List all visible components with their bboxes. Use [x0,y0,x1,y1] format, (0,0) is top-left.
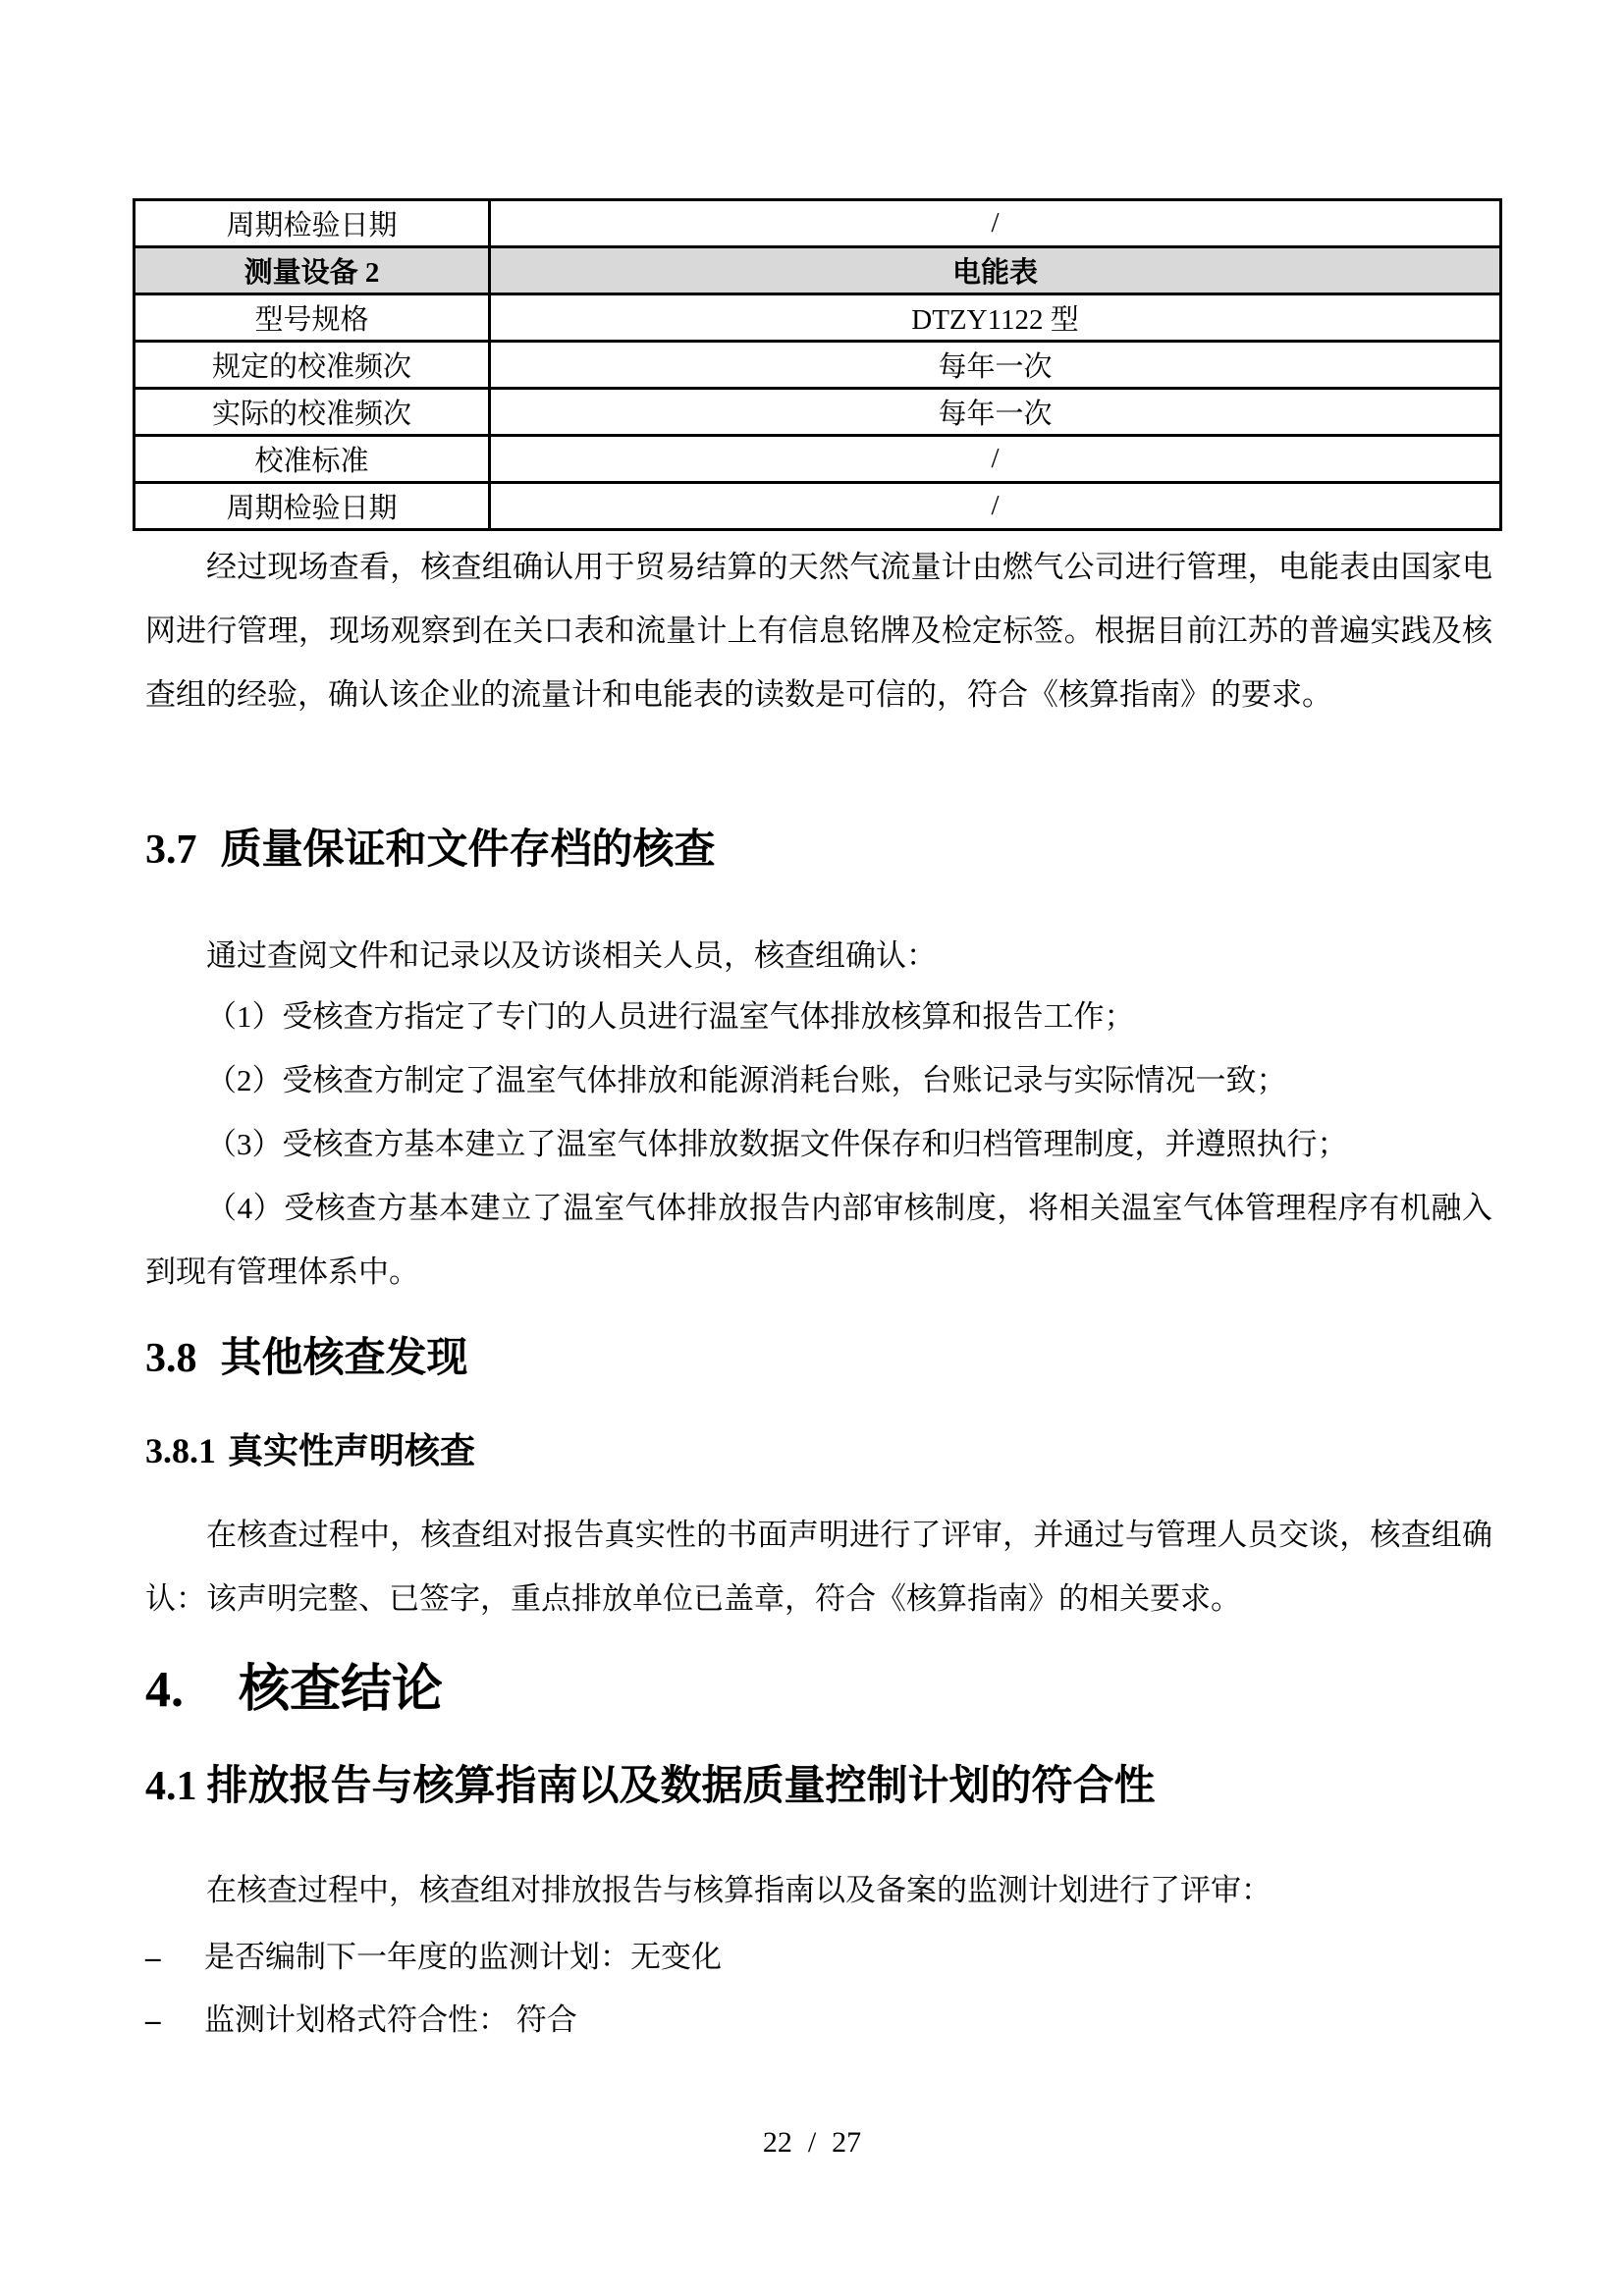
bullet-item-monitoring-plan: – 是否编制下一年度的监测计划：无变化 [145,1925,1492,1989]
bullet-item-plan-format: – 监测计划格式符合性： 符合 [145,1988,1492,2052]
row-label-cell: 周期检验日期 [135,200,490,247]
bullet-dash: – [145,1925,204,1989]
page-number: 22 / 27 [0,2123,1624,2163]
page-current: 22 [763,2123,792,2163]
section-number: 4.1 [145,1761,197,1812]
paragraph-site-visit: 经过现场查看，核查组确认用于贸易结算的天然气流量计由燃气公司进行管理，电能表由国… [145,535,1492,726]
row-label-cell: 型号规格 [135,294,490,342]
row-label-cell: 规定的校准频次 [135,342,490,389]
table-row: 周期检验日期 / [135,200,1501,247]
table-row-header: 测量设备 2 电能表 [135,247,1501,294]
section-number: 4. [145,1661,184,1720]
row-value-cell: 每年一次 [490,342,1501,389]
table-row: 实际的校准频次 每年一次 [135,389,1501,436]
table-row: 周期检验日期 / [135,483,1501,530]
row-label-cell: 测量设备 2 [135,247,490,294]
section-title: 真实性声明核查 [228,1429,475,1472]
heading-3-7: 3.7 质量保证和文件存档的核查 [145,825,716,876]
page-total: 27 [832,2123,861,2163]
section-title: 质量保证和文件存档的核查 [221,825,716,876]
heading-3-8: 3.8 其他核查发现 [145,1333,468,1384]
section-title: 排放报告与核算指南以及数据质量控制计划的符合性 [207,1761,1156,1812]
row-value-cell: 每年一次 [490,389,1501,436]
row-value-cell: 电能表 [490,247,1501,294]
qa-item-3: （3）受核查方基本建立了温室气体排放数据文件保存和归档管理制度，并遵照执行； [145,1112,1492,1176]
row-value-cell: DTZY1122 型 [490,294,1501,342]
bullet-text: 是否编制下一年度的监测计划：无变化 [204,1925,722,1989]
row-label-cell: 周期检验日期 [135,483,490,530]
heading-4-1: 4.1 排放报告与核算指南以及数据质量控制计划的符合性 [145,1761,1156,1812]
table-row: 型号规格 DTZY1122 型 [135,294,1501,342]
qa-item-2: （2）受核查方制定了温室气体排放和能源消耗台账，台账记录与实际情况一致； [145,1048,1492,1112]
section-number: 3.7 [145,825,197,876]
row-value-cell: / [490,200,1501,247]
heading-4: 4. 核查结论 [145,1661,443,1720]
qa-item-1: （1）受核查方指定了专门的人员进行温室气体排放核算和报告工作； [145,985,1492,1048]
bullet-dash: – [145,1988,204,2052]
measurement-device-table: 周期检验日期 / 测量设备 2 电能表 型号规格 DTZY1122 型 规定的校… [133,198,1502,531]
table-row: 校准标准 / [135,436,1501,483]
page-separator: / [808,2123,816,2163]
section-title: 核查结论 [239,1661,443,1720]
row-value-cell: / [490,436,1501,483]
paragraph-authenticity: 在核查过程中，核查组对报告真实性的书面声明进行了评审，并通过与管理人员交谈，核查… [145,1503,1492,1630]
row-label-cell: 实际的校准频次 [135,389,490,436]
section-title: 其他核查发现 [221,1333,468,1384]
paragraph-qa-intro: 通过查阅文件和记录以及访谈相关人员，核查组确认： [145,924,1492,988]
row-label-cell: 校准标准 [135,436,490,483]
paragraph-conclusion-intro: 在核查过程中，核查组对排放报告与核算指南以及备案的监测计划进行了评审： [145,1858,1492,1922]
document-page: 周期检验日期 / 测量设备 2 电能表 型号规格 DTZY1122 型 规定的校… [0,0,1624,2296]
row-value-cell: / [490,483,1501,530]
table-row: 规定的校准频次 每年一次 [135,342,1501,389]
section-number: 3.8 [145,1333,197,1384]
bullet-text: 监测计划格式符合性： 符合 [204,1988,577,2052]
heading-3-8-1: 3.8.1 真实性声明核查 [145,1429,475,1472]
qa-item-4: （4）受核查方基本建立了温室气体排放报告内部审核制度，将相关温室气体管理程序有机… [145,1176,1492,1304]
section-number: 3.8.1 [145,1429,216,1472]
